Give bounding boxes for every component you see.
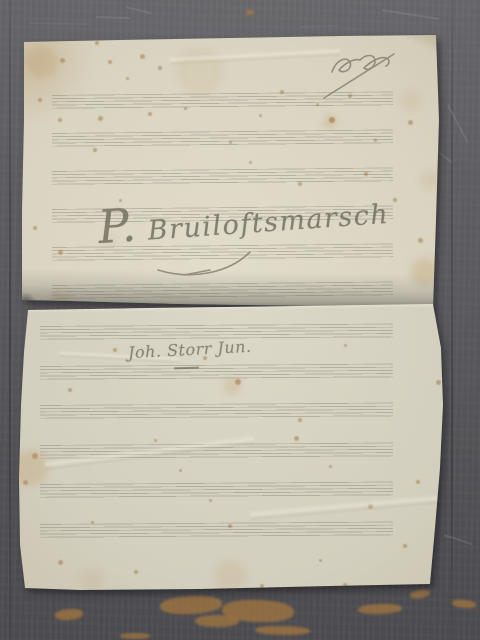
foxing-spot: [113, 348, 117, 352]
photo-scene: P. Bruiloftsmarsch Joh. Storr Jun.: [0, 0, 480, 640]
stain-blotch: [80, 568, 104, 592]
foxing-spot: [416, 480, 420, 484]
foxing-spot: [403, 544, 407, 548]
paper-bottom-wrap: Joh. Storr Jun.: [0, 0, 480, 640]
staff-lines: [40, 403, 393, 419]
staff-lines: [40, 482, 393, 498]
name-inscription: Joh. Storr Jun.: [128, 337, 252, 362]
foxing-spot: [329, 465, 332, 468]
foxing-spot: [344, 344, 347, 347]
stain-blotch: [12, 450, 48, 486]
foxing-spot: [436, 380, 441, 385]
staff-lines: [40, 324, 393, 340]
stain-blotch: [214, 560, 246, 592]
paper-bottom-half: Joh. Storr Jun.: [0, 0, 480, 640]
foxing-spot: [91, 521, 94, 524]
foxing-spot: [228, 524, 232, 528]
foxing-spot: [343, 583, 347, 587]
foxing-spot: [134, 570, 138, 574]
foxing-spot: [58, 560, 63, 565]
fold-edge-highlight: [24, 300, 440, 313]
staff-lines: [40, 363, 393, 379]
foxing-spot: [319, 559, 322, 562]
foxing-spot: [179, 469, 182, 472]
foxing-spot: [154, 439, 157, 442]
foxing-spot: [68, 388, 72, 392]
foxing-spot: [209, 499, 212, 502]
foxing-spot: [260, 584, 264, 588]
paper-crease: [249, 493, 439, 522]
stain-blotch: [223, 377, 241, 395]
foxing-spot: [298, 418, 302, 422]
foxing-spot: [294, 436, 299, 441]
